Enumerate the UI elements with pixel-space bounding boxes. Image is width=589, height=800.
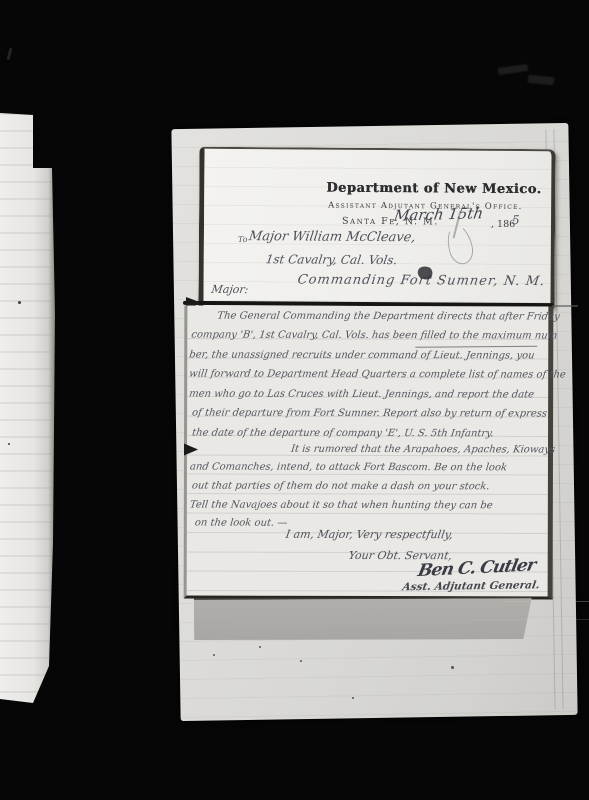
- signer-title: Asst. Adjutant General.: [401, 579, 540, 593]
- letterhead-sheet: Department of New Mexico. Assistant Adju…: [198, 147, 555, 309]
- letterhead-department: Department of New Mexico.: [326, 181, 496, 197]
- body-line: out that parties of them do not make a d…: [191, 481, 490, 493]
- scratch-line: [470, 619, 589, 620]
- salutation: Major:: [211, 283, 250, 296]
- faint-scribble: [498, 64, 529, 75]
- body-line: on the look out. —: [194, 518, 288, 529]
- sheet-edge-line-extension: [552, 305, 578, 307]
- closing-line-1: I am, Major, Very respectfully,: [285, 528, 454, 541]
- address-line-3: Commanding Fort Sumner, N. M.: [297, 272, 547, 289]
- dust-speck: [213, 654, 215, 656]
- body-line: The General Commanding the Department di…: [217, 311, 561, 323]
- pencil-mark-tail: [453, 211, 461, 238]
- body-line: company 'B', 1st Cavalry, Cal. Vols. has…: [191, 330, 558, 342]
- letterhead-office: Assistant Adjutant General's Office.: [328, 201, 494, 212]
- body-line: will forward to Department Head Quarters…: [189, 369, 567, 381]
- dust-speck: [8, 443, 10, 445]
- pencil-mark: [444, 222, 477, 267]
- address-to-prefix: To: [238, 235, 248, 244]
- document-scan: Department of New Mexico. Assistant Adju…: [0, 0, 589, 800]
- ink-blot: [416, 264, 435, 281]
- binding-strip: [0, 113, 56, 705]
- ink-blob: [184, 444, 198, 456]
- letter-body-sheet: The General Commanding the Department di…: [184, 306, 554, 600]
- body-line: ber, the unassigned recruits under comma…: [189, 350, 536, 362]
- scratch-line: [505, 601, 589, 602]
- scratch-mark: [7, 48, 13, 60]
- address-line-1: Major William McCleave,: [248, 229, 417, 245]
- body-line: It is rumored that the Arapahoes, Apache…: [290, 444, 555, 456]
- dust-speck: [259, 646, 261, 648]
- body-line: Tell the Navajoes about it so that when …: [189, 500, 493, 512]
- dust-speck: [18, 301, 21, 304]
- handwritten-date: March 15th: [393, 204, 485, 225]
- address-line-2: 1st Cavalry, Cal. Vols.: [265, 252, 399, 267]
- dust-speck: [451, 666, 454, 669]
- handwritten-year-digit: 5: [512, 213, 520, 227]
- body-line: the date of the departure of company 'E'…: [191, 428, 494, 440]
- body-line: men who go to Las Cruces with Lieut. Jen…: [188, 389, 534, 401]
- body-line: of their departure from Fort Sumner. Rep…: [191, 408, 547, 420]
- dust-speck: [300, 660, 302, 662]
- dust-speck: [352, 697, 354, 699]
- printed-year-prefix: , 186: [491, 219, 515, 230]
- body-line: and Comanches, intend, to attack Fort Ba…: [189, 462, 507, 474]
- manuscript-underline: [415, 346, 537, 348]
- faint-scribble: [528, 75, 555, 85]
- letterhead-place: Santa Fe, N. M.: [342, 216, 439, 228]
